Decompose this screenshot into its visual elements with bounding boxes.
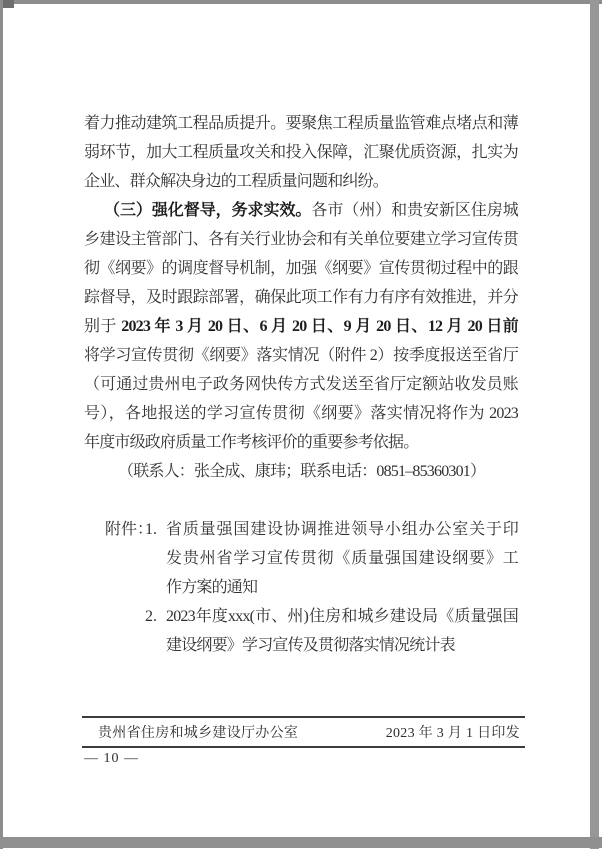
attachment-title: 2023年度xxx(市、州)住房和城乡建设局《质量强国	[166, 608, 518, 625]
document-line: 别于 2023 年 3 月 20 日、6 月 20 日、9 月 20 日、12 …	[84, 312, 518, 341]
document-text: 别于	[84, 318, 121, 335]
attachment-title: 省质量强国建设协调推进领导小组办公室关于印	[166, 521, 518, 538]
scan-border-top	[0, 0, 602, 4]
section-heading: （三）强化督导，务求实效。	[104, 202, 311, 219]
document-line: 年度市级政府质量工作考核评价的重要参考依据。	[84, 428, 518, 457]
attachment-number: 2.	[145, 602, 157, 631]
attachment-line: 作方案的通知	[84, 573, 518, 602]
document-line: 乡建设主管部门、各有关行业协会和有关单位要建立学习宣传贯	[84, 225, 518, 254]
page-number: — 10 —	[84, 751, 139, 767]
document-text: 各市（州）和贵安新区住房城	[311, 202, 518, 219]
document-line: 号），各地报送的学习宣传贯彻《纲要》落实情况将作为 2023	[84, 399, 518, 428]
document-line: 将学习宣传贯彻《纲要》落实情况（附件 2）按季度报送至省厅	[84, 341, 518, 370]
footer-divider-top	[82, 716, 525, 718]
attachment-title: 建设纲要》学习宣传及贯彻落实情况统计表	[166, 637, 455, 654]
deadline-dates: 2023 年 3 月 20 日、6 月 20 日、9 月 20 日、12 月 2…	[121, 318, 518, 335]
document-line: 彻《纲要》的调度督导机制，加强《纲要》宣传贯彻过程中的跟	[84, 254, 518, 283]
attachment-line: 2.2023年度xxx(市、州)住房和城乡建设局《质量强国	[84, 602, 518, 631]
scan-border-right	[590, 0, 599, 849]
attachment-number: 1.	[145, 515, 157, 544]
document-line: 着力推动建筑工程品质提升。要聚焦工程质量监管难点堵点和薄	[84, 109, 518, 138]
document-line: （三）强化督导，务求实效。各市（州）和贵安新区住房城	[84, 196, 518, 225]
document-page: 着力推动建筑工程品质提升。要聚焦工程质量监管难点堵点和薄 弱环节，加大工程质量攻…	[0, 0, 602, 849]
blank-line	[84, 486, 518, 515]
document-body: 着力推动建筑工程品质提升。要聚焦工程质量监管难点堵点和薄 弱环节，加大工程质量攻…	[84, 109, 518, 660]
attachment-line: 附件：1.省质量强国建设协调推进领导小组办公室关于印	[84, 515, 518, 544]
footer-divider-bottom	[82, 746, 525, 748]
footer-print-date: 2023 年 3 月 1 日印发	[386, 722, 520, 742]
scan-border-left	[0, 0, 3, 849]
document-line: 弱环节，加大工程质量攻关和投入保障，汇聚优质资源，扎实为	[84, 138, 518, 167]
document-line: 企业、群众解决身边的工程质量问题和纠纷。	[84, 167, 518, 196]
document-line: 踪督导，及时跟踪部署，确保此项工作有力有序有效推进，并分	[84, 283, 518, 312]
document-line: （可通过贵州电子政务网快传方式发送至省厅定额站收发员账	[84, 370, 518, 399]
attachment-line: 发贵州省学习宣传贯彻《质量强国建设纲要》工	[84, 544, 518, 573]
footer-issuer: 贵州省住房和城乡建设厅办公室	[98, 722, 298, 742]
contact-line: （联系人：张全成、康玮；联系电话：0851–85360301）	[84, 457, 518, 486]
attachment-line: 建设纲要》学习宣传及贯彻落实情况统计表	[84, 631, 518, 660]
attachment-title: 作方案的通知	[166, 579, 257, 596]
attachment-title: 发贵州省学习宣传贯彻《质量强国建设纲要》工	[166, 550, 518, 567]
scan-border-bottom	[0, 837, 602, 848]
